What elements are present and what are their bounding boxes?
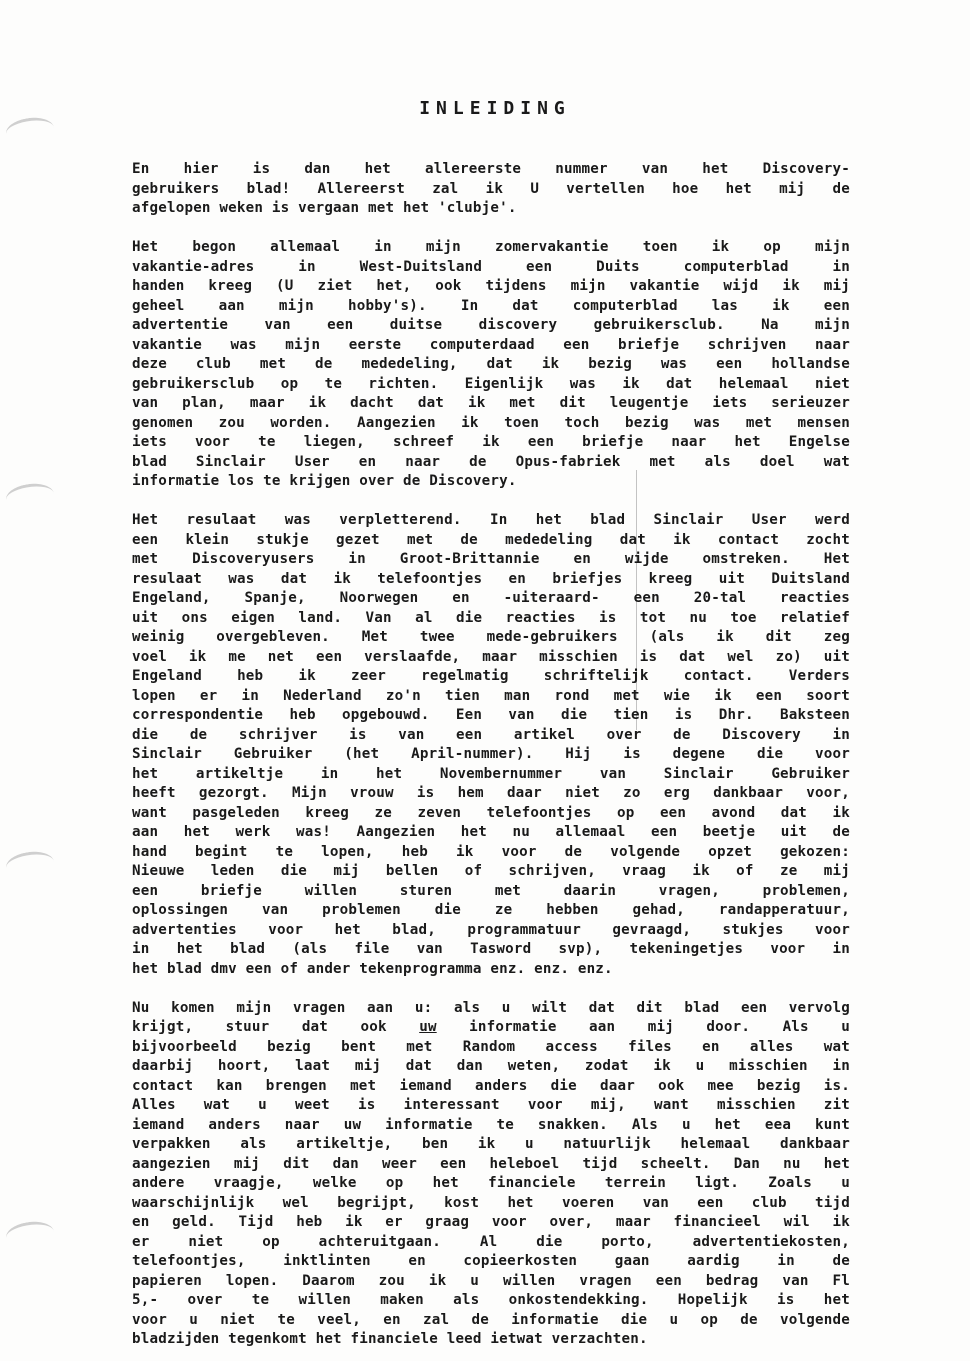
text-line: blad Sinclair User en naar de Opus-fabri… [132,453,850,473]
text-line: advertenties voor het blad, programmatuu… [132,921,850,941]
text-line: want pasgeleden kreeg ze zeven telefoont… [132,804,850,824]
text-line: papieren lopen. Daarom zou ik u willen v… [132,1272,850,1292]
text-line: advertentie van een duitse discovery geb… [132,316,850,336]
text-line: verpakken als artikeltje, ben ik u natuu… [132,1135,850,1155]
text-line: Engeland heb ik zeer regelmatig schrifte… [132,667,850,687]
text-line: bladzijden tegenkomt het financiele leed… [132,1330,850,1350]
punch-hole-mark [4,1218,56,1251]
text-line: afgelopen weken is vergaan met het 'club… [132,199,850,219]
text-line: genomen zou worden. Aangezien ik toen to… [132,414,850,434]
text-line: met Discoveryusers in Groot-Brittannie e… [132,550,850,570]
text-line: handen kreeg (U ziet het, ook tijdens mi… [132,277,850,297]
text-line: een klein stukje gezet met de mededeling… [132,531,850,551]
punch-hole-mark [4,848,56,881]
paragraph: Het begon allemaal in mijn zomervakantie… [132,238,850,492]
text-line: voel ik me net een verslaafde, maar miss… [132,648,850,668]
paragraph: Het resulaat was verpletterend. In het b… [132,511,850,979]
text-line: Het begon allemaal in mijn zomervakantie… [132,238,850,258]
text-line: heeft gezorgt. Mijn vrouw is hem daar ni… [132,784,850,804]
text-line: 5,- over te willen maken als onkostendek… [132,1291,850,1311]
paragraph: En hier is dan het allereerste nummer va… [132,160,850,219]
text-line: Het resulaat was verpletterend. In het b… [132,511,850,531]
text-line: en geld. Tijd heb ik er graag voor over,… [132,1213,850,1233]
text-line: van plan, maar ik dacht dat ik met dit l… [132,394,850,414]
text-line: die de schrijver is van een artikel over… [132,726,850,746]
text-line: telefoontjes, inktlinten en copieerkoste… [132,1252,850,1272]
text-line: En hier is dan het allereerste nummer va… [132,160,850,180]
text-line: correspondentie heb opgebouwd. Een van d… [132,706,850,726]
text-line: vakantie was mijn eerste computerdaad ee… [132,336,850,356]
text-line: aangezien mij dit dan weer een heleboel … [132,1155,850,1175]
punch-hole-mark [4,480,56,513]
text-line: bijvoorbeeld bezig bent met Random acces… [132,1038,850,1058]
text-line: uit ons eigen land. Van al die reacties … [132,609,850,629]
text-line: aan het werk was! Aangezien het nu allem… [132,823,850,843]
text-line: daarbij hoort, laat mij dat dan weten, z… [132,1057,850,1077]
text-line: contact kan brengen met iemand anders di… [132,1077,850,1097]
body-text: En hier is dan het allereerste nummer va… [132,160,850,1361]
text-line: iets voor te liegen, schreef ik een brie… [132,433,850,453]
page-title: INLEIDING [0,98,970,119]
text-line: iemand anders naar uw informatie te snak… [132,1116,850,1136]
text-line: oplossingen van problemen die ze hebben … [132,901,850,921]
text-line: hand begint te lopen, heb ik voor de vol… [132,843,850,863]
text-line: er niet op achteruitgaan. Al die porto, … [132,1233,850,1253]
text-line: Nieuwe leden die mij bellen of schrijven… [132,862,850,882]
text-line: Sinclair Gebruiker (het April-nummer). H… [132,745,850,765]
text-line: voor u niet te veel, en zal de informati… [132,1311,850,1331]
scanned-page: INLEIDING En hier is dan het allereerste… [0,0,970,1361]
text-line: waarschijnlijk wel begrijpt, kost het vo… [132,1194,850,1214]
text-line: in het blad (als file van Tasword svp), … [132,940,850,960]
text-line: gebruikers blad! Allereerst zal ik U ver… [132,180,850,200]
text-line: Nu komen mijn vragen aan u: als u wilt d… [132,999,850,1019]
text-line: geheel aan mijn hobby's). In dat compute… [132,297,850,317]
text-line: andere vraagje, welke op het financiele … [132,1174,850,1194]
text-line: deze club met de mededeling, dat ik bezi… [132,355,850,375]
text-line: lopen er in Nederland zo'n tien man rond… [132,687,850,707]
text-line: Engeland, Spanje, Noorwegen en -uiteraar… [132,589,850,609]
paragraph: Nu komen mijn vragen aan u: als u wilt d… [132,999,850,1350]
text-line: gebruikersclub op te richten. Eigenlijk … [132,375,850,395]
text-line: vakantie-adres in West-Duitsland een Dui… [132,258,850,278]
text-line: het artikeltje in het Novembernummer van… [132,765,850,785]
text-line: het blad dmv een of ander tekenprogramma… [132,960,850,980]
text-line: informatie los te krijgen over de Discov… [132,472,850,492]
text-line: Alles wat u weet is interessant voor mij… [132,1096,850,1116]
text-line: krijgt, stuur dat ook uw informatie aan … [132,1018,850,1038]
text-line: een briefje willen sturen met daarin vra… [132,882,850,902]
underlined-word: uw [419,1019,436,1035]
text-line: weinig overgebleven. Met twee mede-gebru… [132,628,850,648]
text-line: resulaat was dat ik telefoontjes en brie… [132,570,850,590]
